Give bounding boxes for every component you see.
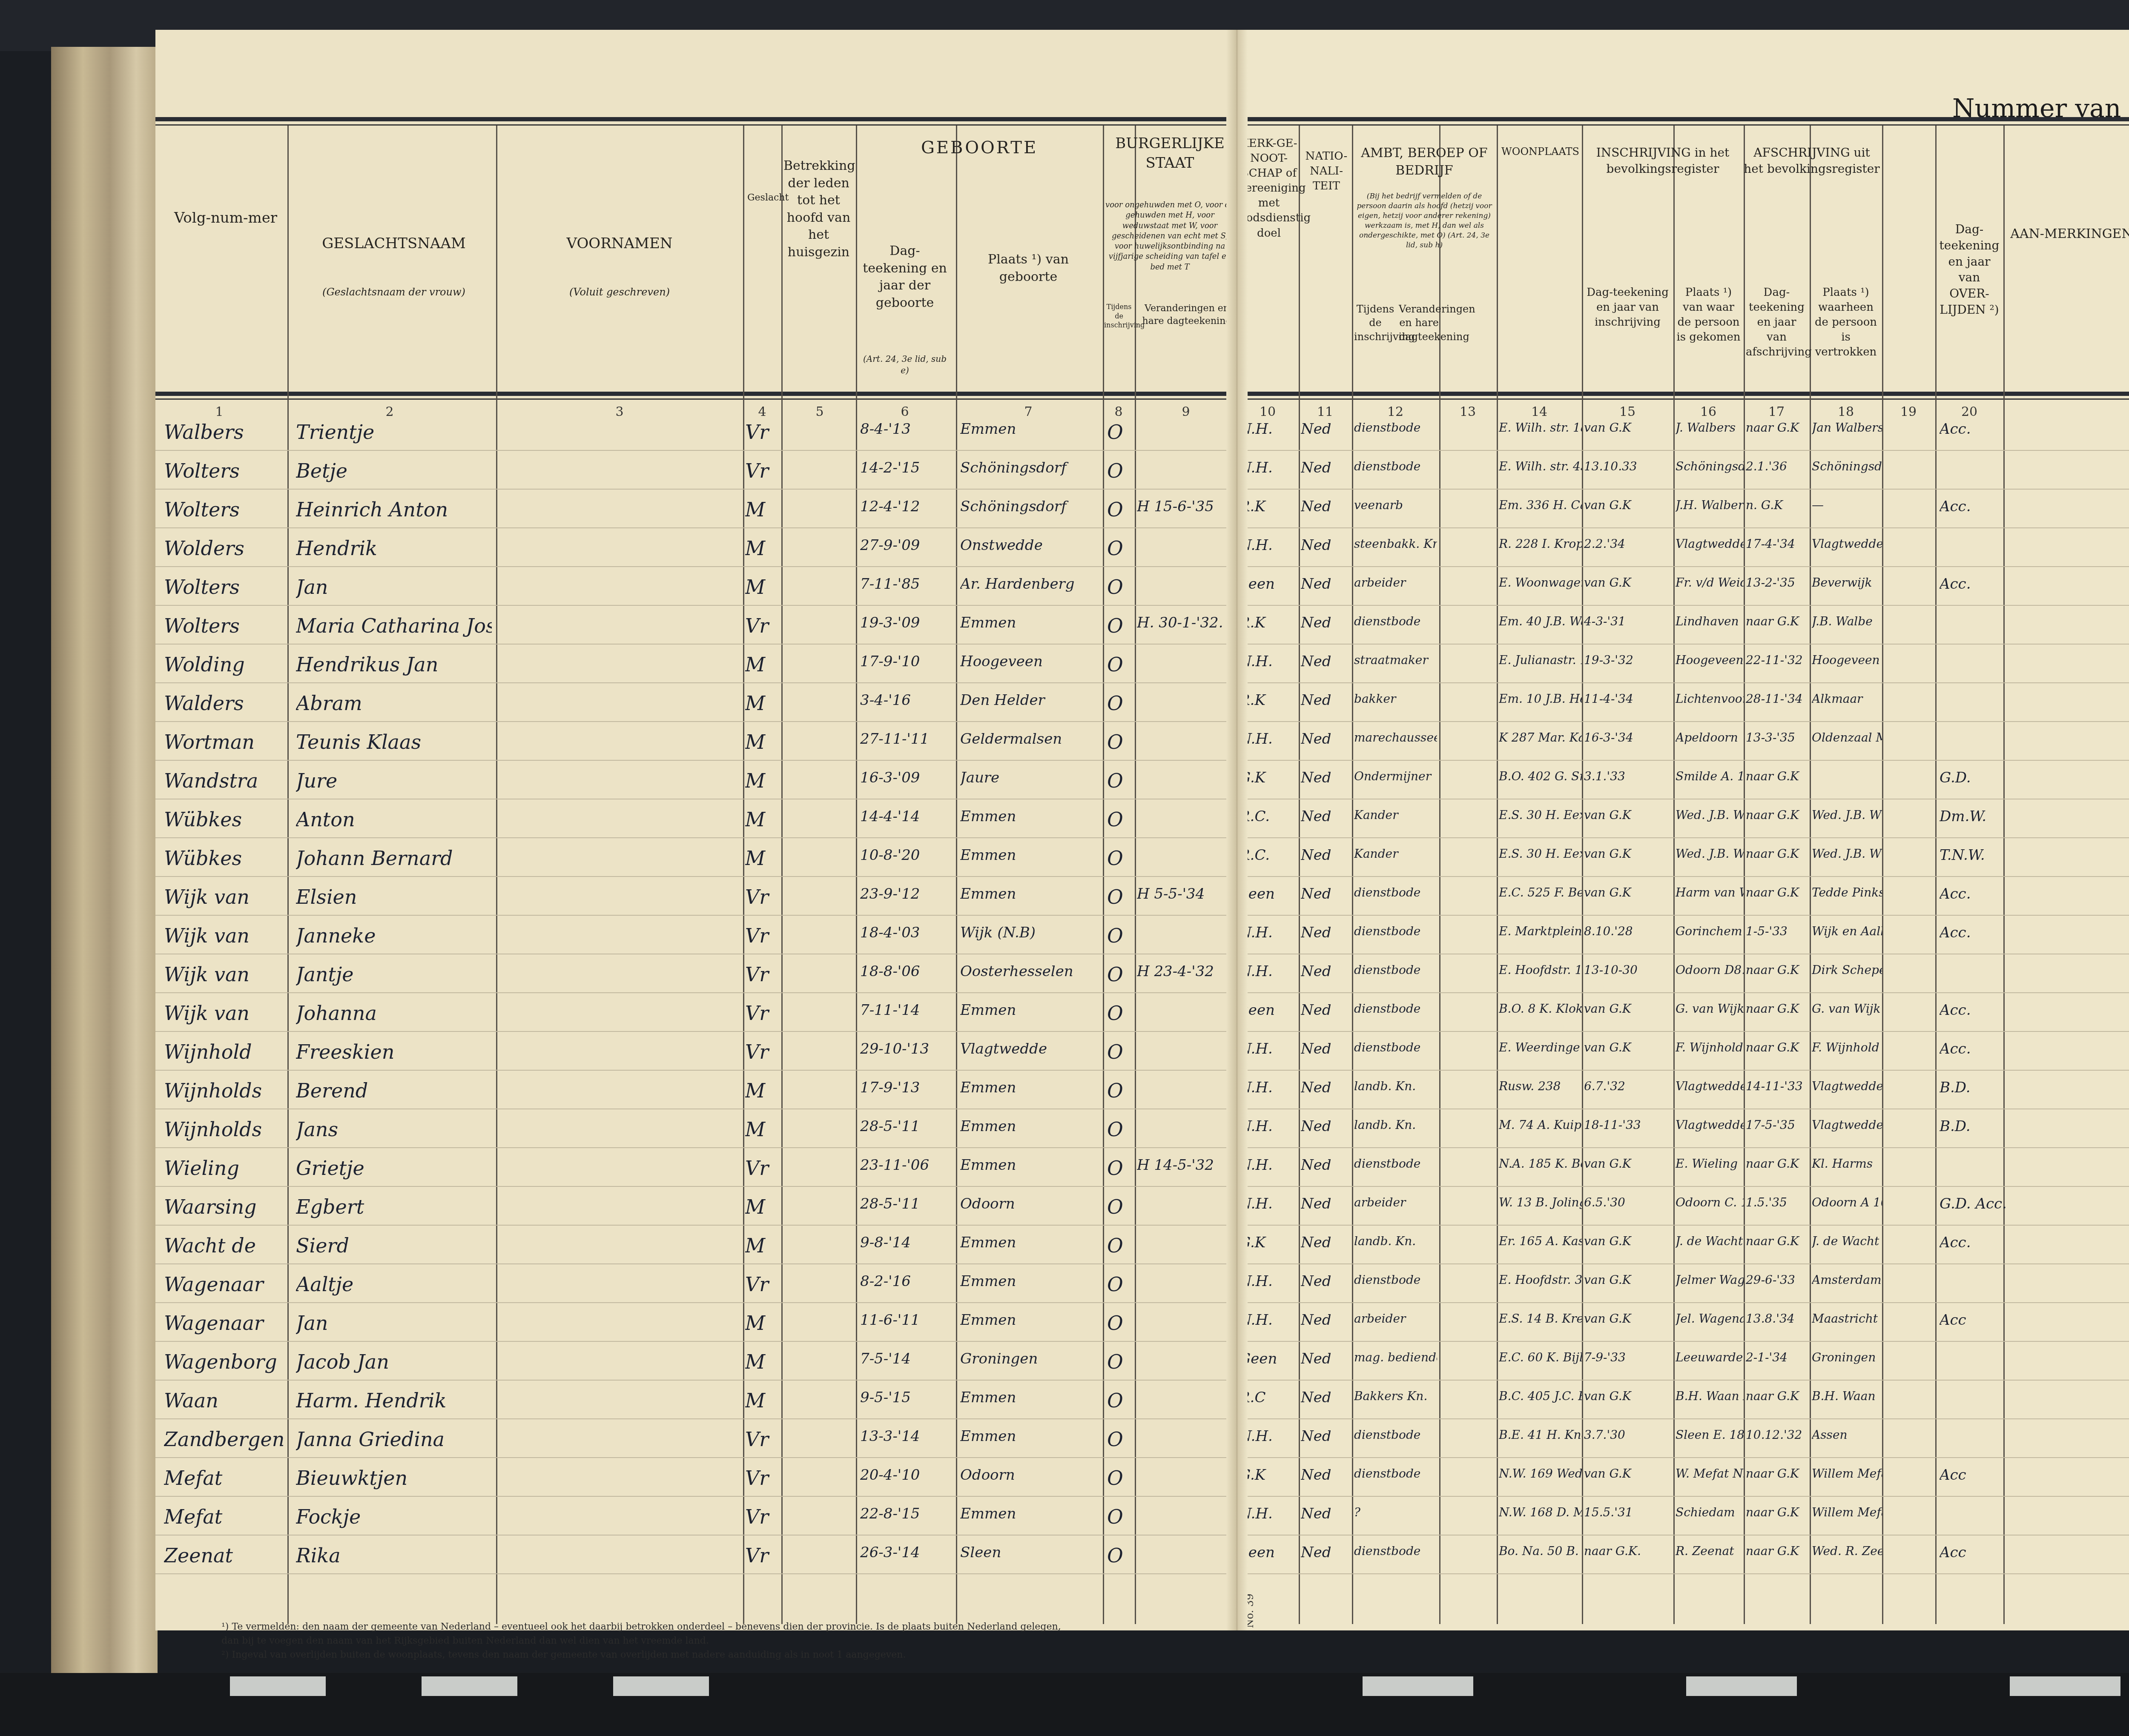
cell-staat_wijz: H 23-4-'32 [1137,963,1235,980]
cell-voornamen: Egbert [296,1195,492,1218]
cell-staat: O [1107,1157,1133,1180]
cell-waarheen: G. van Wijk [1812,1002,1882,1016]
cell-geboorte: 8-2-'16 [860,1273,954,1290]
cell-woonplaats: E. Weerdinge 13 [1499,1040,1582,1054]
column-header-12: Tijdens de inschrijving [1354,302,1397,344]
cell-beroep: dienstbode [1354,885,1437,900]
cell-woonplaats: E.S. 30 H. Eexel [1499,847,1582,861]
register-row: WoldingHendrikus JanM17-9-'10HoogeveenO [155,645,1237,684]
cell-nat: Ned [1301,808,1352,825]
register-row: WijnholdFreeskienVr29-10-'13VlagtweddeO [155,1033,1237,1071]
register-row: N.H.NeddienstbodeE. Hoofdstr. 36avan G.K… [1237,1265,2129,1304]
cell-beroep: landb. Kn. [1354,1079,1437,1093]
register-row: N.H.NeddienstbodeE. Wilh. str. 1avan G.K… [1237,413,2129,452]
cell-nat: Ned [1301,1157,1352,1174]
cell-van_waar: Odoorn C. 158 [1676,1195,1744,1209]
cell-beroep: dienstbode [1354,421,1437,435]
register-row: WoltersMaria Catharina JosephinaVr19-3-'… [155,607,1237,645]
cell-aanm: G.D. [1940,769,2067,786]
scale-bar [0,1673,2129,1736]
register-row: N.H.NeddienstbodeE. Weerdinge 13van G.KF… [1237,1033,2129,1071]
cell-inschr: van G.K [1584,1312,1671,1326]
cell-geslacht: Vr [745,1505,779,1528]
cell-woonplaats: B.O. 402 G. Snijder [1499,769,1582,783]
cell-beroep: dienstbode [1354,1428,1437,1442]
cell-inschr: van G.K [1584,421,1671,435]
cell-woonplaats: E. Marktplein 6 [1499,924,1582,938]
cell-plaats: Emmen [960,1312,1101,1329]
cell-plaats: Schöningsdorf [960,459,1101,476]
cell-voornamen: Johanna [296,1002,492,1025]
cell-nat: Ned [1301,769,1352,786]
cell-beroep: dienstbode [1354,1002,1437,1016]
left-page: Volg-num-merGESLACHTSNAAMVOORNAMENBetrek… [155,30,1237,1630]
cell-staat_wijz: H 5-5-'34 [1137,885,1235,902]
cell-waarheen: Jan Walbers [1812,421,1882,435]
cell-afschr: naar G.K [1746,1467,1810,1481]
cell-inschr: naar G.K. [1584,1544,1671,1558]
cell-nat: Ned [1301,1040,1352,1057]
cell-naam: Wandstra [164,769,292,792]
cell-aanm: G.D. Acc. [1940,1195,2067,1212]
cell-kerk: N.H. [1239,1505,1299,1522]
cell-geboorte: 13-3-'14 [860,1428,954,1445]
cell-woonplaats: E. Hoofdstr. 36a [1499,1273,1582,1287]
cell-kerk: N.H. [1239,1273,1299,1290]
cell-kerk: G.K [1239,1467,1299,1484]
cell-geboorte: 20-4-'10 [860,1467,954,1484]
cell-nat: Ned [1301,1079,1352,1096]
cell-kerk: G.K [1239,769,1299,786]
cell-naam: Wijk van [164,924,292,947]
cell-plaats: Emmen [960,1157,1101,1174]
cell-kerk: R.C [1239,1389,1299,1406]
cell-plaats: Sleen [960,1544,1101,1561]
cell-plaats: Emmen [960,1273,1101,1290]
cell-geslacht: M [745,1350,779,1373]
cell-staat: O [1107,692,1133,715]
cell-staat: O [1107,1195,1133,1218]
cell-geboorte: 10-8-'20 [860,847,954,864]
cell-naam: Wolters [164,614,292,637]
cell-staat: O [1107,730,1133,753]
cell-staat: O [1107,653,1133,676]
cell-inschr: van G.K [1584,498,1671,512]
cell-afschr: naar G.K [1746,847,1810,861]
cell-geboorte: 14-4-'14 [860,808,954,825]
cell-beroep: Ondermijner [1354,769,1437,783]
register-row: R.CNedBakkers Kn.B.C. 405 J.C. Eileringv… [1237,1381,2129,1420]
cell-voornamen: Jans [296,1118,492,1141]
cell-voornamen: Jacob Jan [296,1350,492,1373]
cell-voornamen: Jure [296,769,492,792]
cell-geboorte: 12-4-'12 [860,498,954,515]
cell-waarheen: Wed. J.B. Wübkes [1812,808,1882,822]
cell-beroep: dienstbode [1354,1544,1437,1558]
cell-plaats: Emmen [960,1002,1101,1019]
ambt-note: (Bij het bedrijf vermelden of de persoon… [1356,192,1492,250]
cell-afschr: naar G.K [1746,963,1810,977]
header-top-rule-thin [155,124,1237,126]
cell-aanm: Acc [1940,1312,2067,1329]
cell-van_waar: Lichtenvoorde [1676,692,1744,706]
cell-plaats: Schöningsdorf [960,498,1101,515]
cell-aanm: Acc. [1940,1002,2067,1019]
cell-afschr: naar G.K [1746,1157,1810,1171]
cell-voornamen: Freeskien [296,1040,492,1063]
cell-geslacht: Vr [745,963,779,986]
cell-inschr: 11-4-'34 [1584,692,1671,706]
cell-kerk: geen [1239,576,1299,593]
register-row: WoltersBetjeVr14-2-'15SchöningsdorfO [155,452,1237,490]
cell-naam: Wijnhold [164,1040,292,1063]
cell-kerk: Geen [1239,1350,1299,1367]
cell-staat: O [1107,421,1133,444]
cell-inschr: 18-11-'33 [1584,1118,1671,1132]
cell-kerk: N.H. [1239,1079,1299,1096]
cell-staat: O [1107,808,1133,831]
cell-beroep: dienstbode [1354,459,1437,473]
cell-kerk: N.H. [1239,459,1299,476]
cell-naam: Wijk van [164,963,292,986]
cell-staat: O [1107,537,1133,560]
register-row: WagenaarAaltjeVr8-2-'16EmmenO [155,1265,1237,1304]
cell-woonplaats: E. Hoofdstr. 10 [1499,963,1582,977]
group-header-burgerlijke-staat: BURGERLIJKE STAAT [1103,134,1237,173]
cell-afschr: naar G.K [1746,1544,1810,1558]
cell-geslacht: M [745,1234,779,1257]
cell-afschr: naar G.K [1746,614,1810,628]
register-row: R.KNedbakkerEm. 10 J.B. Heijnen11-4-'34L… [1237,684,2129,723]
cell-geslacht: Vr [745,421,779,444]
cell-geslacht: Vr [745,459,779,482]
column-header-13: Veranderingen en hare dagteekening [1399,302,1439,344]
register-row: Wijk vanJohannaVr7-11-'14EmmenO [155,994,1237,1033]
cell-beroep: dienstbode [1354,614,1437,628]
cell-voornamen: Betje [296,459,492,482]
cell-nat: Ned [1301,1234,1352,1251]
cell-inschr: 6.7.'32 [1584,1079,1671,1093]
cell-beroep: dienstbode [1354,1157,1437,1171]
cell-voornamen: Jantje [296,963,492,986]
cell-van_waar: Hoogeveen [1676,653,1744,667]
cell-geslacht: Vr [745,1273,779,1296]
cell-afschr: 14-11-'33 [1746,1079,1810,1093]
cell-naam: Wübkes [164,847,292,870]
cell-inschr: van G.K [1584,1234,1671,1248]
footnote-1: ¹) Te vermelden: den naam der gemeente v… [221,1620,1073,1648]
cell-waarheen: Amsterdam Baerstr. 43 [1812,1273,1882,1287]
register-row: N.H.NeddienstbodeE. Marktplein 68.10.'28… [1237,917,2129,955]
cell-staat: O [1107,614,1133,637]
cell-afschr: 22-11-'32 [1746,653,1810,667]
cell-van_waar: Vlagtwedde [1676,537,1744,551]
cell-geboorte: 28-5-'11 [860,1195,954,1212]
register-row: WoltersHeinrich AntonM12-4-'12Schöningsd… [155,490,1237,529]
register-row: R.KNedveenarbEm. 336 H. Camenvan G.KJ.H.… [1237,490,2129,529]
column-5-subtitle: (Art. 24, 3e lid, sub e) [860,353,950,376]
register-row: N.H.NedstraatmakerE. Julianastr. 1019-3-… [1237,645,2129,684]
cell-nat: Ned [1301,1389,1352,1406]
cell-waarheen: Alkmaar [1812,692,1882,706]
cell-staat: O [1107,1544,1133,1567]
cell-nat: Ned [1301,1002,1352,1019]
right-page: Nummer van het blad 10111213141516171819… [1237,30,2129,1630]
cell-geslacht: M [745,847,779,870]
cell-van_waar: Leeuwarden [1676,1350,1744,1364]
cell-nat: Ned [1301,963,1352,980]
register-row: WalbersTrientjeVr8-4-'13EmmenO [155,413,1237,452]
cell-plaats: Emmen [960,1079,1101,1096]
register-row: Wijk vanJantjeVr18-8-'06OosterhesselenOH… [155,955,1237,994]
cell-inschr: van G.K [1584,1467,1671,1481]
cell-beroep: dienstbode [1354,963,1437,977]
register-row: geenNeddienstbodeE.C. 525 F. Beeklinkvan… [1237,878,2129,917]
register-row: G.KNedOndermijnerB.O. 402 G. Snijder3.1.… [1237,762,2129,800]
group-header-inschrijving: INSCHRIJVING in het bevolkingsregister [1584,145,1742,177]
cell-staat: O [1107,1234,1133,1257]
register-row: MefatFockjeVr22-8-'15EmmenO [155,1498,1237,1536]
cell-van_waar: F. Wijnhold [1676,1040,1744,1054]
cell-waarheen: Maastricht C 315 [1812,1312,1882,1326]
cell-plaats: Ar. Hardenberg [960,576,1101,593]
cell-waarheen: Vlagtwedde [1812,1118,1882,1132]
cell-nat: Ned [1301,847,1352,864]
cell-staat: O [1107,847,1133,870]
cell-van_waar: Schiedam [1676,1505,1744,1519]
cell-geslacht: M [745,808,779,831]
cell-beroep: Bakkers Kn. [1354,1389,1437,1403]
cell-van_waar: Smilde A. 133 [1676,769,1744,783]
cell-nat: Ned [1301,1195,1352,1212]
cell-afschr: naar G.K [1746,769,1810,783]
cell-naam: Wijk van [164,885,292,908]
cell-inschr: 8.10.'28 [1584,924,1671,938]
cell-nat: Ned [1301,614,1352,631]
cell-voornamen: Anton [296,808,492,831]
cell-geslacht: M [745,498,779,521]
cell-beroep: arbeider [1354,576,1437,590]
cell-geslacht: Vr [745,1544,779,1567]
cell-nat: Ned [1301,885,1352,902]
cell-naam: Wijnholds [164,1079,292,1102]
cell-waarheen: Wed. R. Zeenat A. 86. [1812,1544,1882,1558]
register-row: geenNeddienstbodeB.O. 8 K. Klokvan G.KG.… [1237,994,2129,1033]
cell-staat: O [1107,576,1133,599]
column-header-8: Tijdens de inschrijving [1104,302,1134,330]
cell-kerk: R.K [1239,614,1299,631]
cell-inschr: van G.K [1584,1389,1671,1403]
cell-kerk: N.H. [1239,924,1299,941]
cell-staat: O [1107,1040,1133,1063]
column-header-15: Dag-teekening en jaar van inschrijving [1584,285,1671,330]
cell-waarheen: Wijk en Aalburg [1812,924,1882,938]
cell-plaats: Emmen [960,1234,1101,1251]
cell-van_waar: Gorinchem [1676,924,1744,938]
cell-afschr: 13.8.'34 [1746,1312,1810,1326]
cell-geboorte: 11-6-'11 [860,1312,954,1329]
cell-geslacht: M [745,1312,779,1335]
cell-waarheen: Groningen [1812,1350,1882,1364]
cell-woonplaats: B.C. 405 J.C. Eilering [1499,1389,1582,1403]
cell-naam: Wolters [164,576,292,599]
cell-van_waar: Odoorn D8. [1676,963,1744,977]
cell-van_waar: J.H. Walbers Em. 152 [1676,498,1744,512]
cell-kerk: N.H. [1239,1157,1299,1174]
header-bottom-rule-thin [1237,398,2129,400]
cell-voornamen: Hendrik [296,537,492,560]
column-header-3: VOORNAMEN [509,234,730,254]
cell-nat: Ned [1301,1350,1352,1367]
cell-staat: O [1107,1350,1133,1373]
cell-nat: Ned [1301,537,1352,554]
cell-woonplaats: E.S. 14 B. Kremer [1499,1312,1582,1326]
cell-waarheen: — [1812,498,1882,512]
cell-afschr: 2-1-'34 [1746,1350,1810,1364]
cell-beroep: dienstbode [1354,924,1437,938]
register-row: geenNedarbeiderE. Woonwagenvan G.KFr. v/… [1237,568,2129,607]
cell-woonplaats: E. Julianastr. 10 [1499,653,1582,667]
register-row: GeenNedmag. bediendeE.C. 60 K. Bijl7-9-'… [1237,1343,2129,1381]
column-header-6: Dag-teekening en jaar der geboorte [860,243,950,312]
cell-waarheen: F. Wijnhold [1812,1040,1882,1054]
cell-inschr: 19-3-'32 [1584,653,1671,667]
cell-afschr: naar G.K [1746,1234,1810,1248]
cell-staat: O [1107,1079,1133,1102]
register-row: WandstraJureM16-3-'09JaureO [155,762,1237,800]
register-row: WagenborgJacob JanM7-5-'14GroningenO [155,1343,1237,1381]
cell-nat: Ned [1301,1118,1352,1135]
cell-geslacht: M [745,1389,779,1412]
register-row: WijnholdsBerendM17-9-'13EmmenO [155,1071,1237,1110]
column-header-14: WOONPLAATS [1499,145,1582,158]
cell-plaats: Odoorn [960,1467,1101,1484]
cell-beroep: dienstbode [1354,1467,1437,1481]
cell-inschr: 15.5.'31 [1584,1505,1671,1519]
cell-afschr: 17-4-'34 [1746,537,1810,551]
cell-beroep: landb. Kn. [1354,1234,1437,1248]
register-row: N.H.Nedlandb. Kn.Rusw. 2386.7.'32Vlagtwe… [1237,1071,2129,1110]
cell-beroep: dienstbode [1354,1273,1437,1287]
cell-kerk: geen [1239,885,1299,902]
register-row: N.H.NedmarechausseeK 287 Mar. Kazerne16-… [1237,723,2129,762]
cell-van_waar: Harm van Wijk [1676,885,1744,900]
cell-nat: Ned [1301,730,1352,748]
cell-plaats: Hoogeveen [960,653,1101,670]
cell-waarheen: Hoogeveen [1812,653,1882,667]
register-row: G.KNedlandb. Kn.Er. 165 A. Kassiesvan G.… [1237,1226,2129,1265]
cell-van_waar: B.H. Waan BC. 122 [1676,1389,1744,1403]
cell-plaats: Emmen [960,1118,1101,1135]
cell-afschr: naar G.K [1746,1505,1810,1519]
cell-geslacht: Vr [745,885,779,908]
cell-inschr: van G.K [1584,847,1671,861]
cell-geboorte: 27-9-'09 [860,537,954,554]
column-header-7: Plaats ¹) van geboorte [960,251,1096,286]
cell-van_waar: E. Wieling [1676,1157,1744,1171]
cell-nat: Ned [1301,1312,1352,1329]
cell-staat: O [1107,963,1133,986]
cell-voornamen: Abram [296,692,492,715]
column-header-10: KERK-GE-NOOT-SCHAP of vereeniging met go… [1239,136,1299,241]
cell-aanm: Acc. [1940,1040,2067,1057]
cell-voornamen: Maria Catharina Josephina [296,614,492,637]
header-bottom-rule-thin [155,398,1237,400]
cell-staat: O [1107,885,1133,908]
cell-geboorte: 19-3-'09 [860,614,954,631]
cell-plaats: Geldermalsen [960,730,1101,748]
register-row: WortmanTeunis KlaasM27-11-'11Geldermalse… [155,723,1237,762]
cell-afschr: 10.12.'32 [1746,1428,1810,1442]
cell-geslacht: M [745,769,779,792]
cell-inschr: van G.K [1584,576,1671,590]
cell-van_waar: Jelmer Wagenaar [1676,1273,1744,1287]
cell-woonplaats: B.O. 8 K. Klok [1499,1002,1582,1016]
cell-staat_wijz: H. 30-1-'32. [1137,614,1235,631]
cell-voornamen: Janneke [296,924,492,947]
register-row: G.KNeddienstbodeN.W. 169 Wed. J. Brouwer… [1237,1459,2129,1498]
cell-nat: Ned [1301,498,1352,515]
column-header-17: Dag-teekening en jaar van afschrijving [1746,285,1808,360]
register-row: WijnholdsJansM28-5-'11EmmenO [155,1110,1237,1149]
register-row: WübkesAntonM14-4-'14EmmenO [155,800,1237,839]
cell-naam: Zandbergen [164,1428,292,1451]
cell-geslacht: M [745,1118,779,1141]
cell-geboorte: 9-8-'14 [860,1234,954,1251]
cell-kerk: N.H. [1239,1195,1299,1212]
cell-woonplaats: Em. 336 H. Camen [1499,498,1582,512]
cell-geslacht: Vr [745,1467,779,1490]
cell-naam: Wolders [164,537,292,560]
cell-kerk: R.C. [1239,847,1299,864]
header-top-rule [1237,117,2129,121]
cell-plaats: Emmen [960,1428,1101,1445]
burgerlijke-staat-note: voor ongehuwden met O, voor de gehuwden … [1105,200,1235,272]
cell-van_waar: Schöningsdorf [1676,459,1744,473]
cell-waarheen: Vlagtwedde [1812,1079,1882,1093]
cell-naam: Walbers [164,421,292,444]
cell-afschr: naar G.K [1746,1040,1810,1054]
cell-voornamen: Fockje [296,1505,492,1528]
cell-waarheen: Dirk Schepers [1812,963,1882,977]
cell-naam: Wijnholds [164,1118,292,1141]
cell-naam: Zeenat [164,1544,292,1567]
cell-naam: Waarsing [164,1195,292,1218]
cell-beroep: landb. Kn. [1354,1118,1437,1132]
cell-naam: Wübkes [164,808,292,831]
cell-kerk: N.H. [1239,421,1299,438]
cell-beroep: bakker [1354,692,1437,706]
register-row: ZandbergenJanna GriedinaVr13-3-'14EmmenO [155,1420,1237,1459]
cell-voornamen: Sierd [296,1234,492,1257]
group-header-ambt: AMBT, BEROEP OF BEDRIJF [1354,145,1495,179]
cell-beroep: dienstbode [1354,1040,1437,1054]
column-2-subtitle: (Geslachtsnaam der vrouw) [300,285,488,299]
cell-geslacht: M [745,653,779,676]
cell-voornamen: Heinrich Anton [296,498,492,521]
cell-nat: Ned [1301,421,1352,438]
cell-afschr: 1-5-'33 [1746,924,1810,938]
cell-van_waar: W. Mefat N.W. 161 [1676,1467,1744,1481]
cell-van_waar: Apeldoorn [1676,730,1744,745]
cell-waarheen: Wed. J.B. Wübkes [1812,847,1882,861]
cell-woonplaats: Er. 165 A. Kassies [1499,1234,1582,1248]
cell-beroep: mag. bediende [1354,1350,1437,1364]
register-row: Wijk vanElsienVr23-9-'12EmmenOH 5-5-'34 [155,878,1237,917]
cell-woonplaats: N.W. 168 D. Moorlag [1499,1505,1582,1519]
cell-plaats: Den Helder [960,692,1101,709]
cell-woonplaats: E. Wilh. str. 45 [1499,459,1582,473]
